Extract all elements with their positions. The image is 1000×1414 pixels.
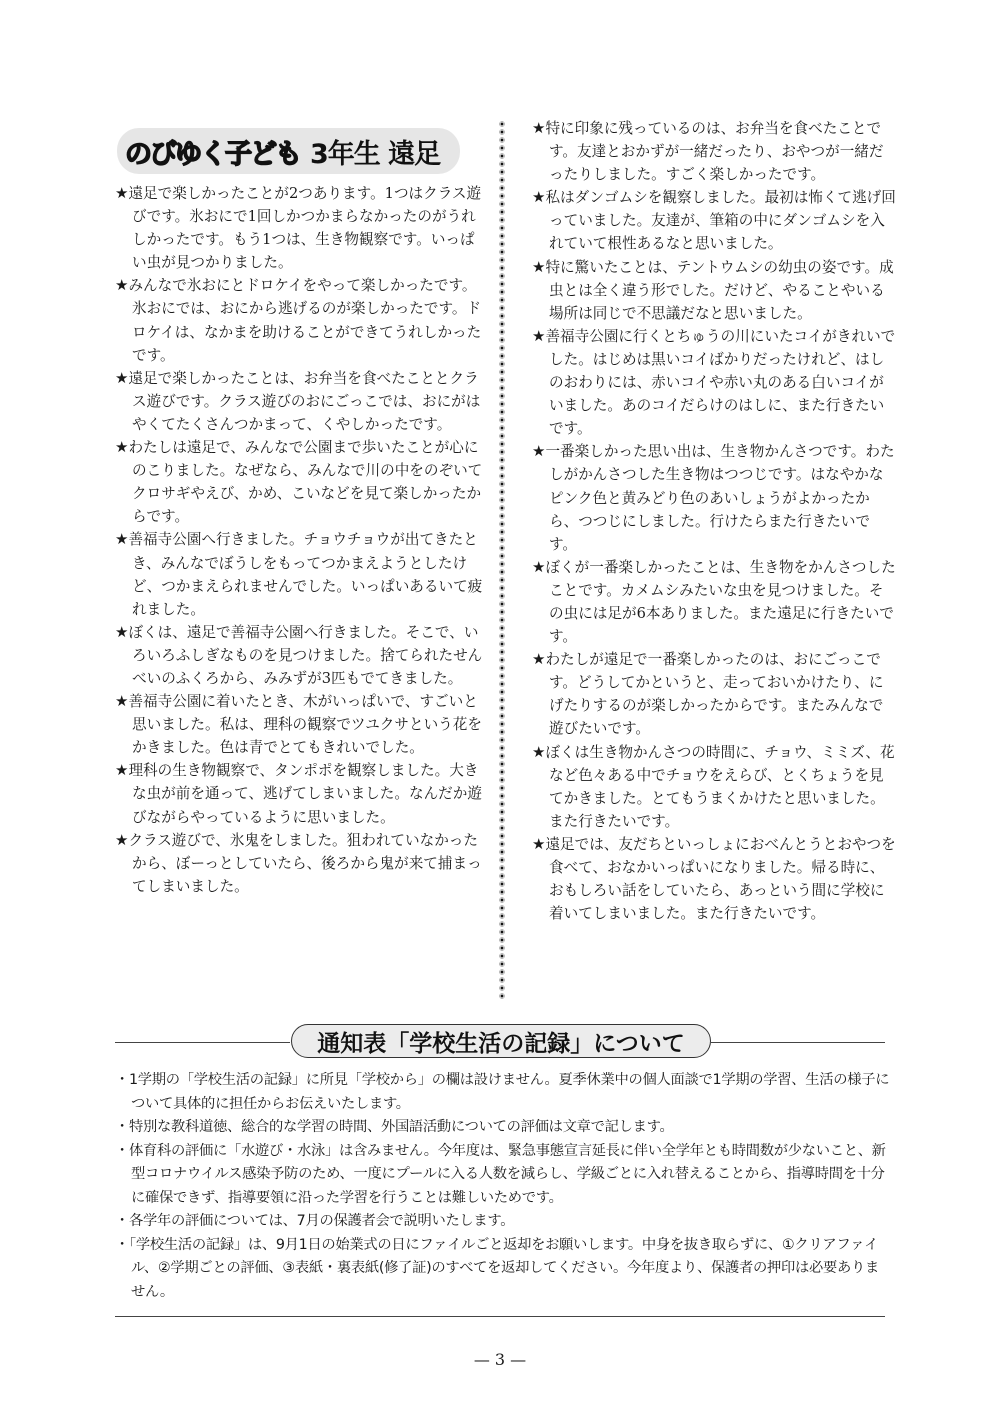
right-column: ★特に印象に残っているのは、お弁当を食べたことです。友達とおかずが一緒だったり、… (532, 117, 897, 925)
note-item: ・「学校生活の記録」は、9月1日の始業式の日にファイルごと返却をお願いします。中… (115, 1234, 890, 1305)
comment-item: ★善福寺公園へ行きました。チョウチョウが出てきたとき、みんなでぼうしをもってつか… (115, 528, 483, 620)
star-icon: ★ (532, 119, 545, 137)
star-icon: ★ (115, 276, 128, 294)
comment-item: ★わたしが遠足で一番楽しかったのは、おにごっこです。どうしてかというと、走ってお… (532, 648, 897, 740)
title-series-name: のびゆく子ども (125, 132, 300, 171)
article-title: のびゆく子ども 3年生 遠足 (117, 128, 460, 174)
star-icon: ★ (532, 835, 545, 853)
star-icon: ★ (532, 258, 545, 276)
note-item: ・各学年の評価については、7月の保護者会で説明いたします。 (115, 1210, 890, 1234)
comment-item: ★理科の生き物観察で、タンポポを観察しました。大きな虫が前を通って、逃げてしまい… (115, 759, 483, 828)
comment-item: ★ぼくは、遠足で善福寺公園へ行きました。そこで、いろいろふしぎなものを見つけまし… (115, 621, 483, 690)
star-icon: ★ (115, 692, 128, 710)
comment-item: ★私はダンゴムシを観察しました。最初は怖くて逃げ回っていました。友達が、筆箱の中… (532, 186, 897, 255)
note-item: ・特別な教科道徳、総合的な学習の時間、外国語活動についての評価は文章で記します。 (115, 1116, 890, 1140)
star-icon: ★ (115, 184, 128, 202)
star-icon: ★ (532, 327, 545, 345)
star-icon: ★ (532, 650, 545, 668)
star-icon: ★ (115, 369, 128, 387)
comment-item: ★特に驚いたことは、テントウムシの幼虫の姿です。成虫とは全く違う形でした。だけど… (532, 256, 897, 325)
column-divider-dotted (497, 120, 507, 1000)
comment-item: ★善福寺公園に行くとちゅうの川にいたコイがきれいでした。はじめは黒いコイばかりだ… (532, 325, 897, 440)
bullet-dot-icon: ・ (115, 1143, 129, 1159)
comment-item: ★善福寺公園に着いたとき、木がいっぱいで、すごいと思いました。私は、理科の観察で… (115, 690, 483, 759)
star-icon: ★ (115, 761, 128, 779)
comment-item: ★特に印象に残っているのは、お弁当を食べたことです。友達とおかずが一緒だったり、… (532, 117, 897, 186)
comment-item: ★遠足で楽しかったことは、お弁当を食べたこととクラス遊びです。クラス遊びのおにご… (115, 367, 483, 436)
star-icon: ★ (115, 623, 128, 641)
bottom-rule (115, 1316, 885, 1317)
comment-item: ★みんなで氷おにとドロケイをやって楽しかったです。氷おにでは、おにから逃げるのが… (115, 274, 483, 366)
comment-item: ★遠足で楽しかったことが2つあります。1つはクラス遊びです。氷おにで1回しかつか… (115, 182, 483, 274)
comment-item: ★クラス遊びで、氷鬼をしました。狙われていなかったから、ぼーっとしていたら、後ろ… (115, 829, 483, 898)
comment-item: ★遠足では、友だちといっしょにおべんとうとおやつを食べて、おなかいっぱいになりま… (532, 833, 897, 925)
comment-item: ★わたしは遠足で、みんなで公園まで歩いたことが心にのこりました。なぜなら、みんな… (115, 436, 483, 528)
page-number: — 3 — (0, 1350, 1000, 1369)
section-title: 通知表「学校生活の記録」について (291, 1024, 711, 1058)
title-grade-event: 3年生 遠足 (310, 132, 440, 171)
left-column: ★遠足で楽しかったことが2つあります。1つはクラス遊びです。氷おにで1回しかつか… (115, 182, 483, 898)
note-item: ・1学期の「学校生活の記録」に所見「学校から」の欄は設けません。夏季休業中の個人… (115, 1069, 890, 1116)
report-card-section-header: 通知表「学校生活の記録」について (115, 1024, 885, 1060)
bullet-dot-icon: ・ (115, 1237, 129, 1253)
note-item: ・体育科の評価に「水遊び・水泳」は含みません。今年度は、緊急事態宣言延長に伴い全… (115, 1140, 890, 1211)
comment-item: ★一番楽しかった思い出は、生き物かんさつです。わたしがかんさつした生き物はつつじ… (532, 440, 897, 555)
bullet-dot-icon: ・ (115, 1072, 129, 1088)
comment-item: ★ぼくが一番楽しかったことは、生き物をかんさつしたことです。カメムシみたいな虫を… (532, 556, 897, 648)
star-icon: ★ (115, 831, 128, 849)
bullet-dot-icon: ・ (115, 1213, 129, 1229)
comment-item: ★ぼくは生き物かんさつの時間に、チョウ、ミミズ、花など色々ある中でチョウをえらび… (532, 741, 897, 833)
star-icon: ★ (532, 743, 545, 761)
star-icon: ★ (532, 558, 545, 576)
star-icon: ★ (532, 442, 545, 460)
star-icon: ★ (115, 438, 128, 456)
report-card-notes: ・1学期の「学校生活の記録」に所見「学校から」の欄は設けません。夏季休業中の個人… (115, 1069, 890, 1304)
header-rule-left (115, 1042, 290, 1043)
star-icon: ★ (532, 188, 545, 206)
header-rule-right (711, 1042, 885, 1043)
bullet-dot-icon: ・ (115, 1119, 129, 1135)
star-icon: ★ (115, 530, 128, 548)
